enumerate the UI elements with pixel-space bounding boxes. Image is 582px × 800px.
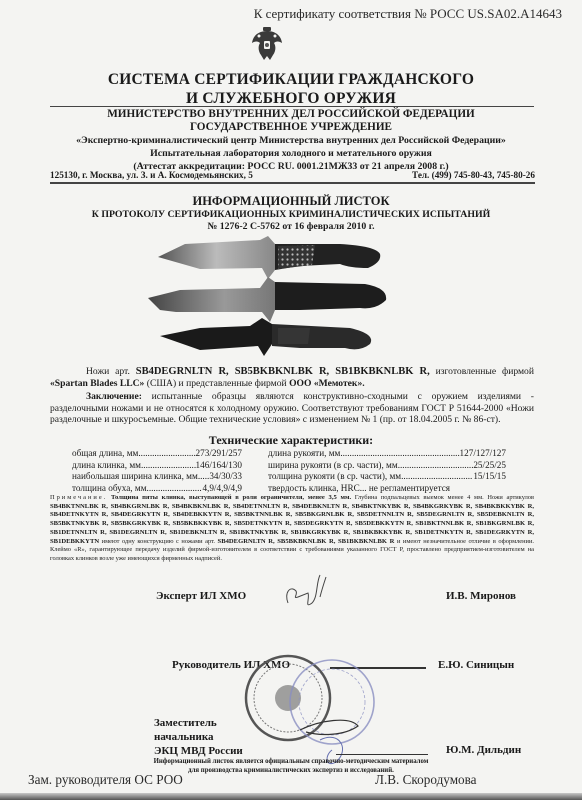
system-title: СИСТЕМА СЕРТИФИКАЦИИ ГРАЖДАНСКОГО И СЛУЖ… bbox=[0, 70, 582, 108]
institution-type: ГОСУДАРСТВЕННОЕ УЧРЕЖДЕНИЕ bbox=[0, 121, 582, 134]
three-knives-photo bbox=[140, 232, 470, 362]
spec-row: толщина рукояти (в ср. части), мм15/15/1… bbox=[268, 471, 506, 483]
note-label: Примечание. bbox=[50, 494, 107, 501]
russian-coat-of-arms-icon bbox=[250, 26, 284, 62]
signature-line bbox=[336, 754, 428, 755]
note-paragraph: Примечание. Толщина пяты клинка, выступа… bbox=[50, 494, 534, 564]
footer-role: Зам. руководителя ОС РОО bbox=[28, 772, 183, 788]
spec-row: толщина обуха, мм4,9/4,9/4,9 bbox=[72, 483, 242, 495]
info-sheet-header: ИНФОРМАЦИОННЫЙ ЛИСТОК К ПРОТОКОЛУ СЕРТИФ… bbox=[0, 194, 582, 233]
address: 125130, г. Москва, ул. З. и А. Космодемь… bbox=[50, 170, 253, 180]
spec-row: наибольшая ширина клинка, мм34/30/33 bbox=[72, 471, 242, 483]
tech-specs-left: общая длина, мм273/291/257 длина клинка,… bbox=[72, 448, 242, 494]
intro-paragraph: Ножи арт. SB4DEGRNLTN R, SB5BKBKNLBK R, … bbox=[50, 366, 534, 389]
signatory-name-expert: И.В. Миронов bbox=[446, 590, 516, 602]
knife-articles: SB4DEGRNLTN R, SB5BKBKNLBK R, SB1BKBKNLB… bbox=[136, 366, 430, 377]
intro-made-by: изготовленные фирмой bbox=[436, 366, 534, 377]
note-ref-articles: SB4DEGRNLTN R, SB5BKBKNLBK R, SB1BKBKNLB… bbox=[218, 538, 395, 545]
note-lead: Толщина пяты клинка, выступающей в роли … bbox=[111, 494, 325, 501]
phone: Тел. (499) 745-80-43, 745-80-26 bbox=[412, 170, 535, 180]
address-row: 125130, г. Москва, ул. З. и А. Космодемь… bbox=[50, 170, 535, 180]
note-text2: имеют одну конструкцию с ножами арт. bbox=[102, 538, 215, 545]
ministry-header: МИНИСТЕРСТВО ВНУТРЕННИХ ДЕЛ РОССИЙСКОЙ Ф… bbox=[0, 108, 582, 173]
representative: ООО «Мемотек». bbox=[289, 378, 365, 389]
intro-prefix: Ножи арт. bbox=[86, 366, 130, 377]
conclusion-label: Заключение: bbox=[86, 391, 142, 402]
spec-row: общая длина, мм273/291/257 bbox=[72, 448, 242, 460]
footer-name: Л.В. Скородумова bbox=[375, 772, 477, 788]
spec-row: ширина рукояти (в ср. части), мм25/25/25 bbox=[268, 460, 506, 472]
spec-row: твердость клинка, HRC... не регламентиру… bbox=[268, 483, 506, 495]
certificate-reference: К сертификату соответствия № РОСС US.SA0… bbox=[254, 6, 562, 22]
spec-row: длина клинка, мм146/164/130 bbox=[72, 460, 242, 472]
divider bbox=[50, 106, 534, 107]
signatory-name-head: Е.Ю. Синицын bbox=[438, 659, 514, 671]
document-page: К сертификату соответствия № РОСС US.SA0… bbox=[0, 0, 582, 800]
signatory-name-deputy: Ю.М. Дильдин bbox=[446, 744, 521, 756]
divider bbox=[50, 182, 535, 184]
info-sheet-title: ИНФОРМАЦИОННЫЙ ЛИСТОК bbox=[0, 194, 582, 209]
tech-specs-right: длина рукояти, мм127/127/127 ширина руко… bbox=[268, 448, 506, 494]
intro-country: (США) и представленные фирмой bbox=[147, 378, 287, 389]
scan-edge bbox=[0, 793, 582, 800]
signatory-role-expert: Эксперт ИЛ ХМО bbox=[156, 590, 246, 602]
signature-mark bbox=[282, 573, 332, 613]
center-name: «Экспертно-криминалистический центр Мини… bbox=[0, 134, 582, 147]
ministry-name: МИНИСТЕРСТВО ВНУТРЕННИХ ДЕЛ РОССИЙСКОЙ Ф… bbox=[0, 108, 582, 121]
manufacturer: «Spartan Blades LLC» bbox=[50, 378, 144, 389]
laboratory-name: Испытательная лаборатория холодного и ме… bbox=[0, 147, 582, 160]
system-title-line1: СИСТЕМА СЕРТИФИКАЦИИ ГРАЖДАНСКОГО bbox=[0, 70, 582, 89]
signatory-role-deputy: Заместитель начальника ЭКЦ МВД России bbox=[154, 716, 243, 758]
note-lead-value: 3,5 мм. bbox=[329, 494, 352, 501]
note-text1: Глубина подпальцевых выемок менее 4 мм. … bbox=[355, 494, 534, 501]
info-sheet-subtitle: К ПРОТОКОЛУ СЕРТИФИКАЦИОННЫХ КРИМИНАЛИСТ… bbox=[0, 209, 582, 221]
spec-row: длина рукояти, мм127/127/127 bbox=[268, 448, 506, 460]
conclusion-paragraph: Заключение: испытанные образцы являются … bbox=[50, 391, 534, 426]
tech-specs-title: Технические характеристики: bbox=[0, 433, 582, 448]
